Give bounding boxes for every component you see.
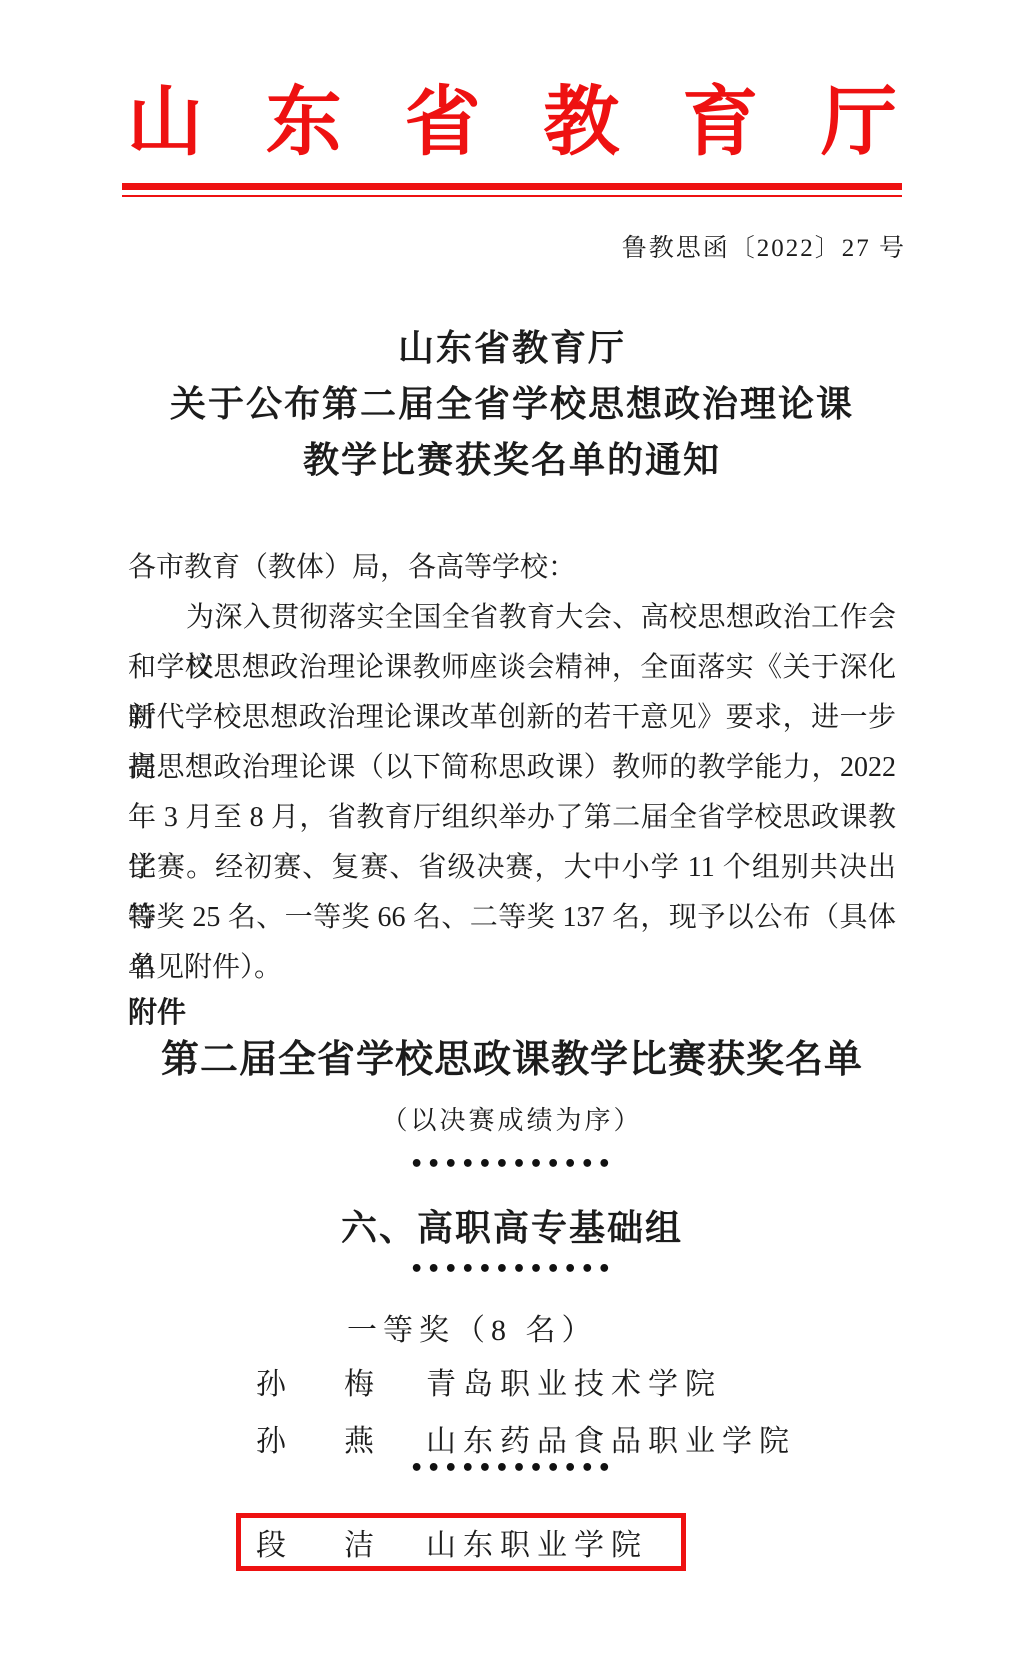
winner-name: 孙 燕 — [256, 1416, 374, 1460]
winner-surname: 孙 — [256, 1359, 286, 1403]
doc-number: 鲁教思函〔2022〕27 号 — [122, 228, 906, 264]
letterhead-agency-name: 山东省教育厅 — [127, 84, 897, 164]
ellipsis-dots: •••••••••••• — [0, 1456, 1024, 1481]
notice-title-line: 教学比赛获奖名单的通知 — [0, 432, 1024, 488]
body-line: 时代学校思想政治理论课改革创新的若干意见》要求，进一步提 — [128, 693, 896, 743]
ellipsis-dots: •••••••••••• — [0, 1257, 1024, 1282]
body-line: 高思想政治理论课（以下简称思政课）教师的教学能力，2022 — [128, 743, 896, 793]
body-line: 和学校思想政治理论课教师座谈会精神，全面落实《关于深化新 — [128, 643, 896, 693]
award-level-heading: 一等奖（8 名） — [347, 1305, 598, 1349]
body-line: 等奖 25 名、一等奖 66 名、二等奖 137 名，现予以公布（具体名 — [128, 893, 896, 943]
winner-given-name: 梅 — [344, 1359, 374, 1403]
winner-name: 段 洁 — [256, 1520, 374, 1564]
notice-body: 各市教育（教体）局，各高等学校： 为深入贯彻落实全国全省教育大会、高校思想政治工… — [128, 543, 896, 993]
highlighted-winner-row: 段 洁 山东职业学院 — [236, 1513, 686, 1571]
body-line: 年 3 月至 8 月，省教育厅组织举办了第二届全省学校思政课教学 — [128, 793, 896, 843]
winner-school: 青岛职业技术学院 — [426, 1359, 722, 1403]
rule-thin-line — [122, 195, 902, 197]
winner-surname: 孙 — [256, 1416, 286, 1460]
rule-thick-line — [122, 183, 902, 190]
winner-school: 山东药品食品职业学院 — [426, 1416, 796, 1460]
body-line: 为深入贯彻落实全国全省教育大会、高校思想政治工作会议 — [128, 593, 896, 643]
attachment-title: 第二届全省学校思政课教学比赛获奖名单 — [0, 1028, 1024, 1083]
body-line: 比赛。经初赛、复赛、省级决赛，大中小学 11 个组别共决出特 — [128, 843, 896, 893]
group-heading: 六、高职高专基础组 — [0, 1200, 1024, 1251]
winner-surname: 段 — [256, 1520, 286, 1564]
body-line: 单见附件）。 — [128, 943, 896, 993]
notice-title-line: 山东省教育厅 — [0, 320, 1024, 376]
notice-title-line: 关于公布第二届全省学校思想政治理论课 — [0, 376, 1024, 432]
letterhead-double-rule — [122, 183, 902, 197]
salutation: 各市教育（教体）局，各高等学校： — [128, 543, 896, 593]
winner-name: 孙 梅 — [256, 1359, 374, 1403]
attachment-label: 附件 — [128, 990, 186, 1031]
notice-title: 山东省教育厅 关于公布第二届全省学校思想政治理论课 教学比赛获奖名单的通知 — [0, 320, 1024, 488]
winner-row: 孙 梅 青岛职业技术学院 — [236, 1352, 686, 1410]
winner-given-name: 燕 — [344, 1416, 374, 1460]
winner-school: 山东职业学院 — [426, 1520, 648, 1564]
winner-given-name: 洁 — [344, 1520, 374, 1564]
sort-order-note: （以决赛成绩为序） — [0, 1100, 1024, 1137]
ellipsis-dots: •••••••••••• — [0, 1152, 1024, 1177]
document-page: 山东省教育厅 鲁教思函〔2022〕27 号 山东省教育厅 关于公布第二届全省学校… — [0, 0, 1024, 1668]
